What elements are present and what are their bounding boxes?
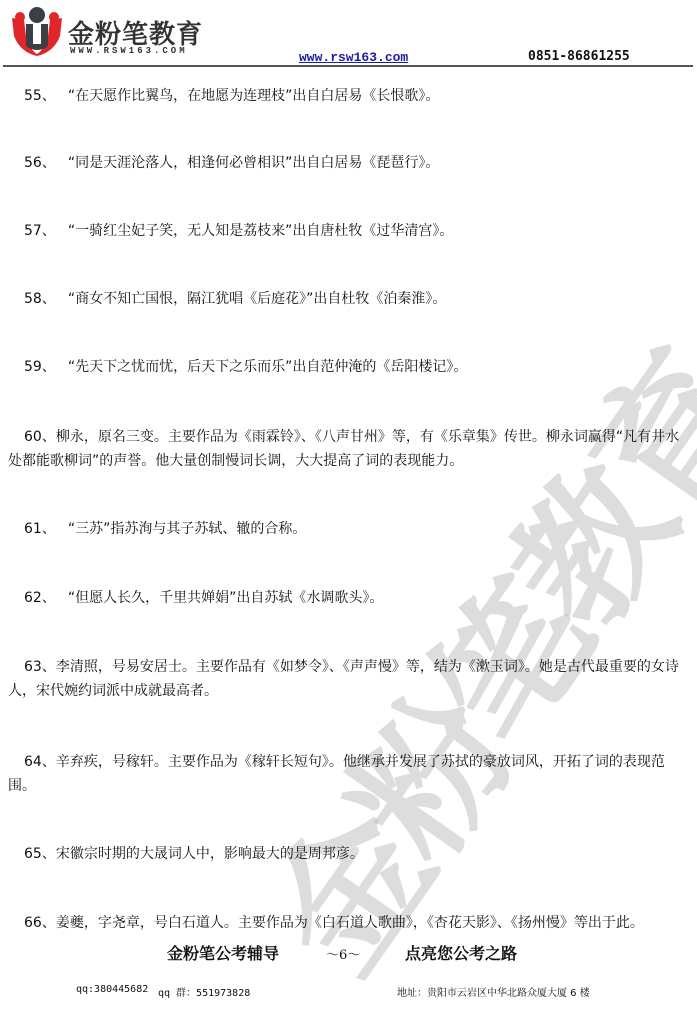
list-item: 66、姜夔，字尧章，号白石道人。主要作品为《白石道人歌曲》，《杏花天影》、《扬州… bbox=[8, 911, 688, 935]
item-text: “先天下之忧而忧，后天下之乐而乐”出自范仲淹的《岳阳楼记》。 bbox=[68, 359, 468, 375]
logo-icon bbox=[10, 6, 65, 56]
item-text: 辛弃疾，号稼轩。主要作品为《稼轩长短句》。他继承并发展了苏拭的豪放词风，开拓了词… bbox=[8, 754, 665, 794]
item-number: 66、 bbox=[24, 915, 56, 931]
page-header: 金粉笔教育 WWW.RSW163.COM www.rsw163.com 0851… bbox=[0, 0, 697, 70]
item-text: “三苏”指苏洵与其子苏轼、辙的合称。 bbox=[68, 521, 307, 537]
item-text: “在天愿作比翼鸟，在地愿为连理枝”出自白居易《长恨歌》。 bbox=[68, 88, 440, 104]
item-text: “商女不知亡国恨，隔江犹唱《后庭花》”出自杜牧《泊秦淮》。 bbox=[68, 291, 447, 307]
footer-right-title: 点亮您公考之路 bbox=[405, 941, 517, 964]
list-item: 59、“先天下之忧而忧，后天下之乐而乐”出自范仲淹的《岳阳楼记》。 bbox=[24, 356, 467, 378]
item-text: “同是天涯沦落人，相逢何必曾相识”出自白居易《琵琶行》。 bbox=[68, 155, 440, 171]
item-text: “一骑红尘妃子笑，无人知是荔枝来”出自唐杜牧《过华清宫》。 bbox=[68, 223, 454, 239]
list-item: 63、李清照，号易安居士。主要作品有《如梦令》、《声声慢》等，结为《漱玉词》。她… bbox=[8, 655, 688, 703]
item-text: 柳永，原名三变。主要作品为《雨霖铃》、《八声甘州》等，有《乐章集》传世。柳永词赢… bbox=[8, 429, 679, 469]
item-text: 姜夔，字尧章，号白石道人。主要作品为《白石道人歌曲》，《杏花天影》、《扬州慢》等… bbox=[56, 915, 644, 931]
list-item: 55、“在天愿作比翼鸟，在地愿为连理枝”出自白居易《长恨歌》。 bbox=[24, 85, 439, 107]
item-number: 56、 bbox=[24, 155, 56, 171]
item-text: 李清照，号易安居士。主要作品有《如梦令》、《声声慢》等，结为《漱玉词》。她是古代… bbox=[8, 659, 679, 699]
list-item: 57、“一骑红尘妃子笑，无人知是荔枝来”出自唐杜牧《过华清宫》。 bbox=[24, 220, 453, 242]
footer-left-title: 金粉笔公考辅导 bbox=[167, 941, 279, 964]
item-text: “但愿人长久，千里共婵娟”出自苏轼《水调歌头》。 bbox=[68, 590, 384, 606]
item-number: 61、 bbox=[24, 521, 56, 537]
list-item: 64、辛弃疾，号稼轩。主要作品为《稼轩长短句》。他继承并发展了苏拭的豪放词风，开… bbox=[8, 750, 688, 798]
item-number: 60、 bbox=[24, 429, 56, 445]
header-divider bbox=[3, 65, 693, 67]
list-item: 65、宋徽宗时期的大晟词人中，影响最大的是周邦彦。 bbox=[8, 842, 688, 866]
footer-qq-group: qq 群：551973828 bbox=[158, 984, 250, 999]
item-text: 宋徽宗时期的大晟词人中，影响最大的是周邦彦。 bbox=[56, 846, 364, 862]
phone-number: 0851-86861255 bbox=[528, 49, 630, 64]
list-item: 58、“商女不知亡国恨，隔江犹唱《后庭花》”出自杜牧《泊秦淮》。 bbox=[24, 288, 446, 310]
website-link[interactable]: www.rsw163.com bbox=[299, 50, 408, 65]
item-number: 57、 bbox=[24, 223, 56, 239]
list-item: 60、柳永，原名三变。主要作品为《雨霖铃》、《八声甘州》等，有《乐章集》传世。柳… bbox=[8, 425, 688, 473]
item-number: 63、 bbox=[24, 659, 56, 675]
logo-url: WWW.RSW163.COM bbox=[70, 46, 188, 56]
list-item: 62、“但愿人长久，千里共婵娟”出自苏轼《水调歌头》。 bbox=[24, 587, 383, 609]
item-number: 59、 bbox=[24, 359, 56, 375]
list-item: 56、“同是天涯沦落人，相逢何必曾相识”出自白居易《琵琶行》。 bbox=[24, 152, 439, 174]
item-number: 62、 bbox=[24, 590, 56, 606]
footer-qq: qq:380445682 bbox=[76, 984, 148, 995]
item-number: 58、 bbox=[24, 291, 56, 307]
item-number: 55、 bbox=[24, 88, 56, 104]
list-item: 61、“三苏”指苏洵与其子苏轼、辙的合称。 bbox=[24, 518, 306, 540]
footer-address: 地址：贵阳市云岩区中华北路众厦大厦 6 楼 bbox=[397, 984, 590, 999]
page-number: ～6～ bbox=[326, 944, 360, 963]
item-number: 64、 bbox=[24, 754, 56, 770]
item-number: 65、 bbox=[24, 846, 56, 862]
